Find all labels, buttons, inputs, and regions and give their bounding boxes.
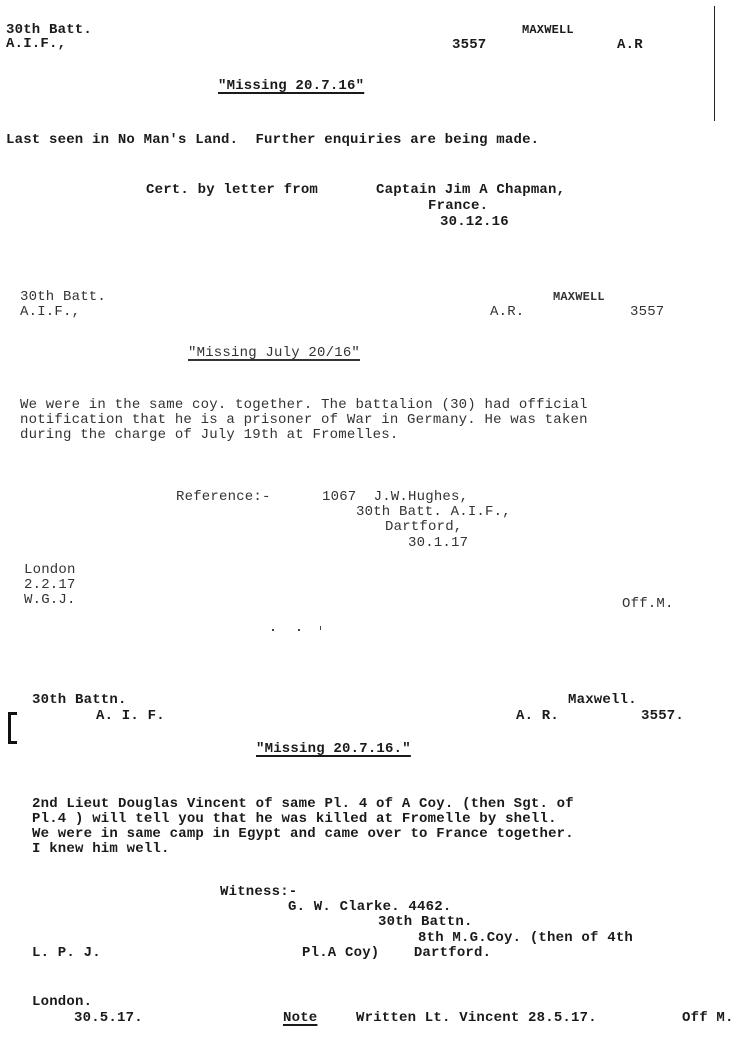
record3-body-line: 2nd Lieut Douglas Vincent of same Pl. 4 … <box>32 797 574 812</box>
record3-surname: Maxwell. <box>568 693 637 708</box>
record2-unit-line1: 30th Batt. <box>20 290 106 305</box>
record1-surname: MAXWELL <box>522 23 574 38</box>
record3-date: 30.5.17. <box>74 1011 143 1026</box>
ink-speck <box>320 626 321 630</box>
record1-heading: "Missing 20.7.16" <box>218 79 364 94</box>
record2-reference-label: Reference:- <box>176 490 271 505</box>
record2-reference-line: 1067 J.W.Hughes, <box>322 490 468 505</box>
record2-body-line: notification that he is a prisoner of Wa… <box>20 413 588 428</box>
record1-initials: A.R <box>617 38 643 53</box>
record1-unit-line2: A.I.F., <box>6 37 66 52</box>
record2-body-line: We were in the same coy. together. The b… <box>20 398 588 413</box>
record3-service-number: 3557. <box>641 709 684 724</box>
record3-place: London. <box>32 995 92 1010</box>
record3-office: Off M. <box>682 1011 734 1026</box>
record3-note-label: Note <box>283 1011 317 1026</box>
record1-cert-label: Cert. by letter from <box>146 183 318 198</box>
record3-clerk-initials: L. P. J. <box>32 946 101 961</box>
record3-unit-line1: 30th Battn. <box>32 693 127 708</box>
record2-date: 2.2.17 <box>24 578 76 593</box>
record2-reference-line: Dartford, <box>385 520 462 535</box>
record3-body-line: We were in same camp in Egypt and came o… <box>32 827 574 842</box>
record3-body-line: Pl.4 ) will tell you that he was killed … <box>32 812 557 827</box>
record3-witness-line: 8th M.G.Coy. (then of 4th <box>418 931 633 946</box>
record3-body-line: I knew him well. <box>32 842 170 857</box>
record2-body-line: during the charge of July 19th at Fromel… <box>20 428 398 443</box>
record3-witness-line: G. W. Clarke. 4462. <box>288 900 451 915</box>
page-edge-rule <box>714 6 715 121</box>
record3-unit-line2: A. I. F. <box>96 709 165 724</box>
record1-cert-date: 30.12.16 <box>440 215 509 230</box>
record1-cert-name: Captain Jim A Chapman, <box>376 183 565 198</box>
record2-service-number: 3557 <box>630 305 664 320</box>
record1-service-number: 3557 <box>452 38 486 53</box>
staple-mark <box>8 712 17 744</box>
record2-heading: "Missing July 20/16" <box>188 346 360 361</box>
record3-witness-line: 30th Battn. <box>378 915 473 930</box>
record2-unit-line2: A.I.F., <box>20 305 80 320</box>
record1-cert-place: France. <box>428 199 488 214</box>
record1-body: Last seen in No Man's Land. Further enqu… <box>6 133 539 148</box>
record2-initials: A.R. <box>490 305 524 320</box>
record3-witness-label: Witness:- <box>220 885 297 900</box>
record2-place: London <box>24 563 76 578</box>
ink-speck <box>298 629 300 631</box>
record2-clerk-initials: W.G.J. <box>24 593 76 608</box>
record2-office: Off.M. <box>622 597 674 612</box>
record3-initials: A. R. <box>516 709 559 724</box>
record3-heading: "Missing 20.7.16." <box>256 742 411 757</box>
ink-speck <box>272 629 274 631</box>
record2-reference-line: 30th Batt. A.I.F., <box>356 505 511 520</box>
record2-surname: MAXWELL <box>553 290 605 305</box>
record2-reference-line: 30.1.17 <box>408 536 468 551</box>
record3-witness-line: Pl.A Coy) Dartford. <box>302 946 491 961</box>
record3-note-text: Written Lt. Vincent 28.5.17. <box>356 1011 597 1026</box>
